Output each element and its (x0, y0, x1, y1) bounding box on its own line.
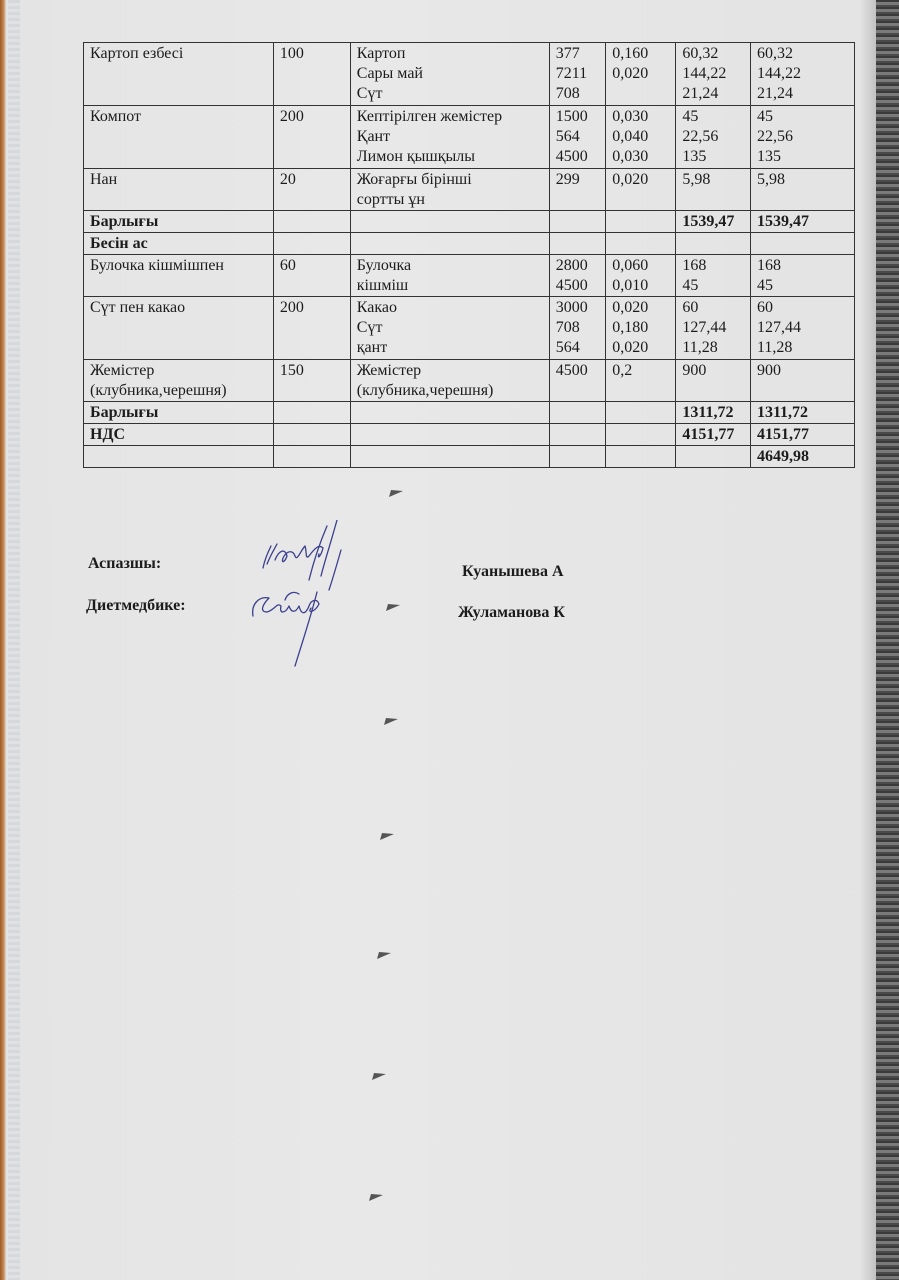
sum2-line: 45 (757, 276, 848, 296)
cell-price: 4500 (549, 360, 606, 402)
ingredients-line: (клубника,черешня) (357, 381, 543, 401)
cell-sum2: 60,32144,2221,24 (750, 43, 854, 106)
cell-portion: 150 (273, 360, 350, 402)
ingredients-line: Сүт (357, 318, 543, 338)
cell-sum2: 900 (750, 360, 854, 402)
quantity-line: 0,020 (612, 298, 669, 318)
sum2-line: 135 (757, 147, 848, 167)
quantity-line: 0,010 (612, 276, 669, 296)
table-row: Сүт пен какао200КакаоСүт қант30007085640… (84, 297, 855, 360)
sum1-line: 5,98 (682, 170, 744, 190)
quantity-line: 0,020 (612, 170, 669, 190)
cell-empty (750, 233, 854, 255)
price-line: 564 (556, 338, 600, 358)
table-row: Булочка кішмішпен60Булочкакішміш28004500… (84, 255, 855, 297)
section-row: Бесін ас (84, 233, 855, 255)
cell-sum1: 1311,72 (676, 402, 751, 424)
dish-line: Компот (90, 107, 267, 127)
cell-sum1: 900 (676, 360, 751, 402)
cell-empty (606, 211, 676, 233)
cell-empty (350, 233, 549, 255)
cell-empty (273, 233, 350, 255)
cell-price: 28004500 (549, 255, 606, 297)
table-row: Нан20Жоғарғы біріншісортты ұн2990,0205,9… (84, 169, 855, 211)
sum1-line: 60,32 (682, 44, 744, 64)
cell-empty (606, 446, 676, 468)
cell-portion: 20 (273, 169, 350, 211)
ingredients-line: Сүт (357, 84, 543, 104)
cell-label: Барлығы (84, 402, 274, 424)
price-line: 3000 (556, 298, 600, 318)
cell-empty (273, 211, 350, 233)
cell-price: 15005644500 (549, 106, 606, 169)
cell-empty (549, 211, 606, 233)
cell-sum1: 5,98 (676, 169, 751, 211)
total-row: Барлығы1539,471539,47 (84, 211, 855, 233)
ingredients-line: Кептірілген жемістер (357, 107, 543, 127)
scan-mark (372, 1073, 386, 1081)
scan-mark (380, 833, 394, 841)
cell-label (84, 446, 274, 468)
scan-mark (369, 1194, 383, 1202)
cell-sum2: 1539,47 (750, 211, 854, 233)
cell-empty (350, 424, 549, 446)
cell-sum1: 4151,77 (676, 424, 751, 446)
cell-quantity: 0,0300,0400,030 (606, 106, 676, 169)
cell-sum2: 16845 (750, 255, 854, 297)
sum1-line: 127,44 (682, 318, 744, 338)
cell-sum1: 4522,56135 (676, 106, 751, 169)
handwritten-signature (245, 520, 375, 670)
cell-price: 3000708564 (549, 297, 606, 360)
sum2-line: 11,28 (757, 338, 848, 358)
cell-ingredients: КакаоСүт қант (350, 297, 549, 360)
menu-cost-table: Картоп езбесі100КартопСары майСүт3777211… (83, 42, 855, 468)
dish-line: (клубника,черешня) (90, 381, 267, 401)
cell-ingredients: Жемістер(клубника,черешня) (350, 360, 549, 402)
ingredients-line: Булочка (357, 256, 543, 276)
price-line: 4500 (556, 276, 600, 296)
sum2-line: 127,44 (757, 318, 848, 338)
sum1-line: 22,56 (682, 127, 744, 147)
cell-dish: Булочка кішмішпен (84, 255, 274, 297)
cell-empty (549, 424, 606, 446)
ingredients-line: Картоп (357, 44, 543, 64)
ingredients-line: Какао (357, 298, 543, 318)
ingredients-line: Лимон қышқылы (357, 147, 543, 167)
cell-portion: 60 (273, 255, 350, 297)
page-left-margin-shadow (8, 0, 20, 1280)
dietitian-label: Диетмедбике: (86, 597, 186, 615)
cell-sum2: 60127,4411,28 (750, 297, 854, 360)
scan-mark (386, 604, 400, 612)
table-row: Компот200Кептірілген жемістерҚантЛимон қ… (84, 106, 855, 169)
ingredients-line: сортты ұн (357, 190, 543, 210)
cell-ingredients: Кептірілген жемістерҚантЛимон қышқылы (350, 106, 549, 169)
cell-empty (350, 211, 549, 233)
sum2-line: 5,98 (757, 170, 848, 190)
table-body: Картоп езбесі100КартопСары майСүт3777211… (84, 43, 855, 468)
price-line: 708 (556, 318, 600, 338)
quantity-line: 0,160 (612, 44, 669, 64)
sum1-line: 900 (682, 361, 744, 381)
sum1-line: 144,22 (682, 64, 744, 84)
cell-sum2: 4522,56135 (750, 106, 854, 169)
sum2-line: 45 (757, 107, 848, 127)
cell-price: 299 (549, 169, 606, 211)
page-left-edge (0, 0, 6, 1280)
cell-sum1: 60,32144,2221,24 (676, 43, 751, 106)
cell-ingredients: Булочкакішміш (350, 255, 549, 297)
ingredients-line: қант (357, 338, 543, 358)
cook-name: Куанышева А (462, 563, 564, 581)
ingredients-line: кішміш (357, 276, 543, 296)
total-row: 4649,98 (84, 446, 855, 468)
sum2-line: 144,22 (757, 64, 848, 84)
sum1-line: 11,28 (682, 338, 744, 358)
cell-empty (350, 402, 549, 424)
quantity-line: 0,020 (612, 338, 669, 358)
cell-dish: Жемістер(клубника,черешня) (84, 360, 274, 402)
cell-dish: Сүт пен какао (84, 297, 274, 360)
sum1-line: 45 (682, 107, 744, 127)
price-line: 4500 (556, 147, 600, 167)
sum2-line: 168 (757, 256, 848, 276)
sum2-line: 60,32 (757, 44, 848, 64)
ingredients-line: Сары май (357, 64, 543, 84)
scan-mark (384, 718, 398, 726)
cell-sum1: 1539,47 (676, 211, 751, 233)
cell-quantity: 0,1600,020 (606, 43, 676, 106)
ingredients-line: Жоғарғы бірінші (357, 170, 543, 190)
cell-empty (606, 402, 676, 424)
sum1-line: 135 (682, 147, 744, 167)
cell-quantity: 0,0600,010 (606, 255, 676, 297)
price-line: 4500 (556, 361, 600, 381)
cell-empty (350, 446, 549, 468)
dish-line: Жемістер (90, 361, 267, 381)
price-line: 377 (556, 44, 600, 64)
dish-line: Булочка кішмішпен (90, 256, 267, 276)
scan-mark (377, 952, 391, 960)
cell-empty (606, 233, 676, 255)
cell-empty (549, 402, 606, 424)
cell-sum2: 1311,72 (750, 402, 854, 424)
dietitian-name: Жуламанова К (458, 604, 565, 622)
scan-mark (389, 490, 403, 498)
quantity-line: 0,020 (612, 64, 669, 84)
page-right-scan-edge (876, 0, 899, 1280)
cell-dish: Картоп езбесі (84, 43, 274, 106)
quantity-line: 0,060 (612, 256, 669, 276)
ingredients-line: Жемістер (357, 361, 543, 381)
price-line: 7211 (556, 64, 600, 84)
cell-dish: Нан (84, 169, 274, 211)
cell-sum1 (676, 446, 751, 468)
price-line: 299 (556, 170, 600, 190)
cell-label: Барлығы (84, 211, 274, 233)
cook-label: Аспазшы: (88, 555, 161, 573)
price-line: 708 (556, 84, 600, 104)
cell-quantity: 0,020 (606, 169, 676, 211)
dish-line: Нан (90, 170, 267, 190)
cell-portion: 200 (273, 297, 350, 360)
cell-label: НДС (84, 424, 274, 446)
total-row: Барлығы1311,721311,72 (84, 402, 855, 424)
sum1-line: 45 (682, 276, 744, 296)
dish-line: Картоп езбесі (90, 44, 267, 64)
cell-portion: 200 (273, 106, 350, 169)
cell-sum1: 60127,4411,28 (676, 297, 751, 360)
sum1-line: 60 (682, 298, 744, 318)
cell-sum1: 16845 (676, 255, 751, 297)
cell-empty (273, 402, 350, 424)
cell-empty (273, 446, 350, 468)
cell-ingredients: КартопСары майСүт (350, 43, 549, 106)
quantity-line: 0,2 (612, 361, 669, 381)
sum1-line: 168 (682, 256, 744, 276)
quantity-line: 0,030 (612, 147, 669, 167)
sum1-line: 21,24 (682, 84, 744, 104)
price-line: 564 (556, 127, 600, 147)
cell-sum2: 4151,77 (750, 424, 854, 446)
quantity-line: 0,180 (612, 318, 669, 338)
cell-empty (676, 233, 751, 255)
sum2-line: 60 (757, 298, 848, 318)
table-row: Жемістер(клубника,черешня)150Жемістер(кл… (84, 360, 855, 402)
cell-empty (549, 233, 606, 255)
sum2-line: 900 (757, 361, 848, 381)
cell-ingredients: Жоғарғы біріншісортты ұн (350, 169, 549, 211)
dish-line: Сүт пен какао (90, 298, 267, 318)
cell-portion: 100 (273, 43, 350, 106)
price-line: 2800 (556, 256, 600, 276)
cell-sum2: 5,98 (750, 169, 854, 211)
table-row: Картоп езбесі100КартопСары майСүт3777211… (84, 43, 855, 106)
cell-quantity: 0,0200,1800,020 (606, 297, 676, 360)
cell-quantity: 0,2 (606, 360, 676, 402)
quantity-line: 0,040 (612, 127, 669, 147)
quantity-line: 0,030 (612, 107, 669, 127)
cell-empty (273, 424, 350, 446)
cell-label: Бесін ас (84, 233, 274, 255)
cell-price: 3777211708 (549, 43, 606, 106)
cell-empty (549, 446, 606, 468)
cell-sum2: 4649,98 (750, 446, 854, 468)
sum2-line: 22,56 (757, 127, 848, 147)
cell-empty (606, 424, 676, 446)
total-row: НДС4151,774151,77 (84, 424, 855, 446)
ingredients-line: Қант (357, 127, 543, 147)
price-line: 1500 (556, 107, 600, 127)
cell-dish: Компот (84, 106, 274, 169)
sum2-line: 21,24 (757, 84, 848, 104)
